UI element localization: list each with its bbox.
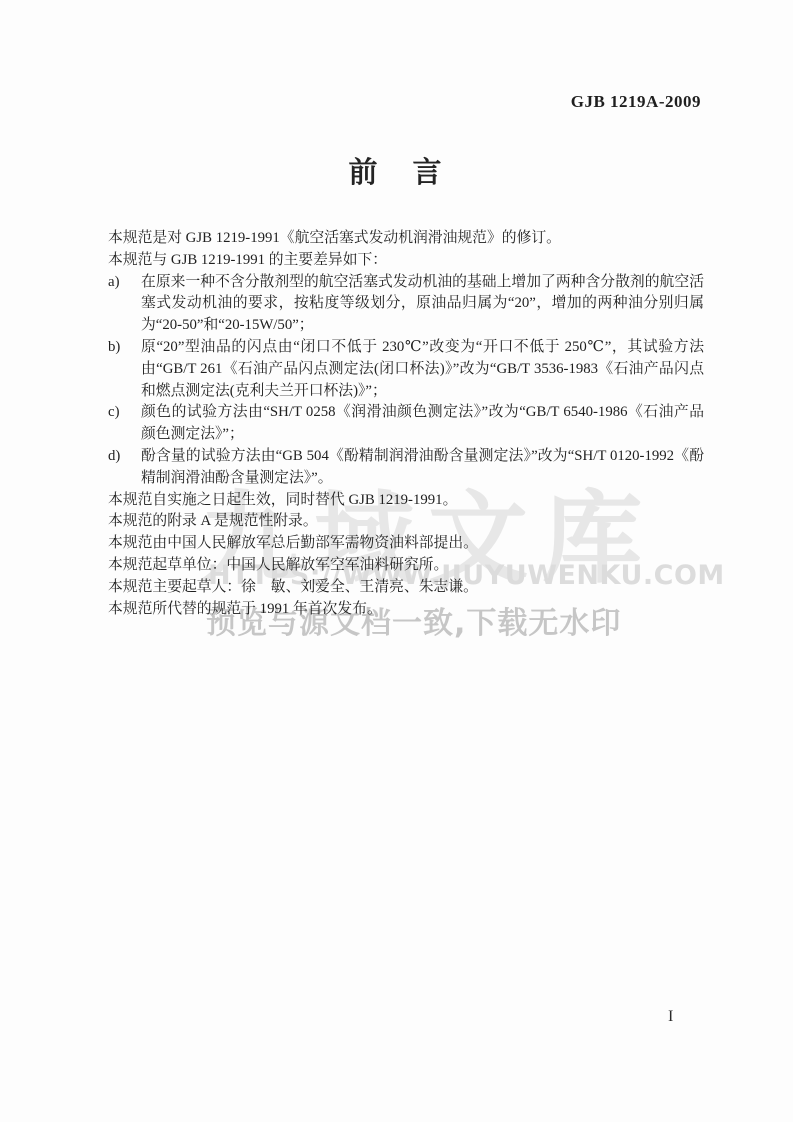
- list-item: b) 原“20”型油品的闪点由“闭口不低于 230℃”改变为“开口不低于 250…: [108, 337, 704, 402]
- closing-paragraph: 本规范的附录 A 是规范性附录。: [108, 511, 704, 533]
- list-marker: a): [108, 272, 141, 337]
- list-marker: c): [108, 402, 141, 446]
- closing-paragraph: 本规范由中国人民解放军总后勤部军需物资油料部提出。: [108, 533, 704, 555]
- page-title: 前 言: [0, 150, 793, 191]
- list-item-text: 颜色的试验方法由“SH/T 0258《润滑油颜色测定法》”改为“GB/T 654…: [141, 402, 704, 446]
- intro-paragraph: 本规范是对 GJB 1219-1991《航空活塞式发动机润滑油规范》的修订。: [108, 228, 704, 250]
- intro-paragraph: 本规范与 GJB 1219-1991 的主要差异如下：: [108, 250, 704, 272]
- doc-number: GJB 1219A-2009: [571, 92, 701, 112]
- list-marker: b): [108, 337, 141, 402]
- closing-paragraph: 本规范自实施之日起生效，同时替代 GJB 1219-1991。: [108, 490, 704, 512]
- closing-paragraph: 本规范所代替的规范于 1991 年首次发布。: [108, 599, 704, 621]
- list-item-text: 原“20”型油品的闪点由“闭口不低于 230℃”改变为“开口不低于 250℃”，…: [141, 337, 704, 402]
- page-number: I: [668, 1008, 673, 1026]
- document-page: GJB 1219A-2009 前 言 九域文库 HTTPS://WWW.JIUY…: [0, 0, 793, 1122]
- document-body: 本规范是对 GJB 1219-1991《航空活塞式发动机润滑油规范》的修订。 本…: [108, 228, 704, 620]
- list-item-text: 酚含量的试验方法由“GB 504《酚精制润滑油酚含量测定法》”改为“SH/T 0…: [141, 446, 704, 490]
- list-item-text: 在原来一种不含分散剂型的航空活塞式发动机油的基础上增加了两种含分散剂的航空活塞式…: [141, 272, 704, 337]
- list-item: c) 颜色的试验方法由“SH/T 0258《润滑油颜色测定法》”改为“GB/T …: [108, 402, 704, 446]
- closing-paragraph: 本规范起草单位：中国人民解放军空军油料研究所。: [108, 555, 704, 577]
- list-marker: d): [108, 446, 141, 490]
- list-item: d) 酚含量的试验方法由“GB 504《酚精制润滑油酚含量测定法》”改为“SH/…: [108, 446, 704, 490]
- closing-paragraph: 本规范主要起草人：徐 敏、刘爱全、王清亮、朱志谦。: [108, 577, 704, 599]
- list-item: a) 在原来一种不含分散剂型的航空活塞式发动机油的基础上增加了两种含分散剂的航空…: [108, 272, 704, 337]
